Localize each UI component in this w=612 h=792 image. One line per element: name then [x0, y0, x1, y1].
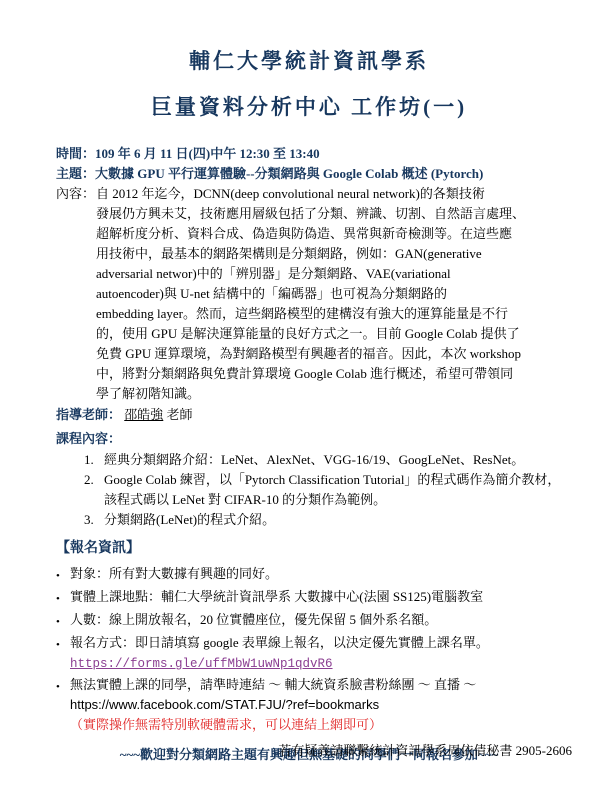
content-line: adversarial networ)中的「辨別器」是分類網路、VAE(vari… — [96, 264, 562, 284]
course-content-header: 課程內容： — [56, 429, 562, 449]
bullet-icon: • — [56, 610, 70, 632]
topic-label: 主題： — [56, 164, 95, 184]
registration-list: • 對象：所有對大數據有興趣的同好。 • 實體上課地點：輔仁大學統計資訊學系 大… — [56, 564, 562, 735]
registration-capacity: 人數：線上開放報名，20 位實體座位，優先保留 5 個外系名額。 — [70, 610, 562, 632]
content-line: autoencoder)與 U-net 結構中的「編碼器」也可視為分類網路的 — [96, 284, 562, 304]
list-item: • 人數：線上開放報名，20 位實體座位，優先保留 5 個外系名額。 — [56, 610, 562, 632]
course-list: 1. 經典分類網路介紹：LeNet、AlexNet、VGG-16/19、Goog… — [56, 450, 562, 530]
content-line: 免費 GPU 運算環境，為對網路模型有興趣者的福音。因此，本次 workshop — [96, 344, 562, 364]
time-line: 時間： 109 年 6 月 11 日(四)中午 12:30 至 13:40 — [56, 144, 562, 164]
no-requirements-note: （實際操作無需特別軟硬體需求，可以連結上網即可） — [70, 717, 382, 732]
contact-info: 若有疑義請聯繫統計資訊學系周依倩秘書 2905-2606 — [278, 740, 572, 759]
content-line: 超解析度分析、資料合成、偽造與防偽造、異常與新奇檢測等。在這些應 — [96, 224, 562, 244]
course-item: 2. Google Colab 練習，以「Pytorch Classificat… — [56, 470, 562, 510]
time-value: 109 年 6 月 11 日(四)中午 12:30 至 13:40 — [95, 144, 320, 164]
course-item: 1. 經典分類網路介紹：LeNet、AlexNet、VGG-16/19、Goog… — [56, 450, 562, 470]
course-item-text: 經典分類網路介紹：LeNet、AlexNet、VGG-16/19、GoogLeN… — [104, 450, 562, 470]
list-item: • 報名方式：即日請填寫 google 表單線上報名，以決定優先實體上課名單。 … — [56, 633, 562, 674]
registration-method: 報名方式：即日請填寫 google 表單線上報名，以決定優先實體上課名單。 ht… — [70, 633, 562, 674]
registration-audience: 對象：所有對大數據有興趣的同好。 — [70, 564, 562, 586]
content-line: 發展仍方興未艾，技術應用層級包括了分類、辨識、切割、自然語言處理、 — [96, 204, 562, 224]
livestream-text: 無法實體上課的同學，請準時連結 ～ 輔大統資系臉書粉絲團 ～ 直播 ～ — [70, 677, 476, 692]
content-line: 自 2012 年迄今，DCNN(deep convolutional neura… — [96, 184, 562, 204]
time-label: 時間： — [56, 144, 95, 164]
content-line: 用技術中，最基本的網路架構則是分類網路，例如：GAN(generative — [96, 244, 562, 264]
meta-block: 時間： 109 年 6 月 11 日(四)中午 12:30 至 13:40 主題… — [56, 144, 562, 425]
topic-line: 主題： 大數據 GPU 平行運算體驗--分類網路與 Google Colab 概… — [56, 164, 562, 184]
instructor-name: 邵皓強 — [124, 407, 163, 422]
course-item-number: 3. — [84, 510, 104, 530]
instructor-suffix: 老師 — [167, 407, 193, 422]
content-line: embedding layer。然而，這些網路模型的建構沒有強大的運算能量是不行 — [96, 304, 562, 324]
bullet-icon: • — [56, 633, 70, 674]
content-line: 中，將對分類網路與免費計算環境 Google Colab 進行概述，希望可帶領同 — [96, 364, 562, 384]
workshop-title: 巨量資料分析中心 工作坊(一) — [56, 92, 562, 122]
signup-form-link[interactable]: https://forms.gle/uffMbW1uwNp1qdvR6 — [70, 654, 333, 674]
registration-header: 【報名資訊】 — [56, 538, 562, 560]
flyer-page: 輔仁大學統計資訊學系 巨量資料分析中心 工作坊(一) 時間： 109 年 6 月… — [0, 0, 612, 792]
instructor-line: 指導老師： 邵皓強 老師 — [56, 405, 562, 425]
registration-location: 實體上課地點：輔仁大學統計資訊學系 大數據中心(法園 SS125)電腦教室 — [70, 587, 562, 609]
content-line: 的，使用 GPU 是解決運算能量的良好方式之一。目前 Google Colab … — [96, 324, 562, 344]
department-title: 輔仁大學統計資訊學系 — [56, 46, 562, 76]
content-line: 學了解初階知識。 — [96, 384, 562, 404]
bullet-icon: • — [56, 587, 70, 609]
registration-method-text: 報名方式：即日請填寫 google 表單線上報名，以決定優先實體上課名單。 — [70, 635, 489, 650]
course-item-number: 1. — [84, 450, 104, 470]
topic-value: 大數據 GPU 平行運算體驗--分類網路與 Google Colab 概述 (P… — [95, 164, 483, 184]
bullet-icon: • — [56, 675, 70, 735]
course-item-text: 分類網路(LeNet)的程式介紹。 — [104, 510, 562, 530]
content-section: 內容： 自 2012 年迄今，DCNN(deep convolutional n… — [56, 184, 562, 404]
instructor-label: 指導老師： — [56, 407, 121, 422]
list-item: • 對象：所有對大數據有興趣的同好。 — [56, 564, 562, 586]
registration-livestream: 無法實體上課的同學，請準時連結 ～ 輔大統資系臉書粉絲團 ～ 直播 ～ http… — [70, 675, 562, 735]
facebook-link[interactable]: https://www.facebook.com/STAT.FJU/?ref=b… — [70, 695, 562, 715]
content-label: 內容： — [56, 184, 96, 404]
content-paragraph: 自 2012 年迄今，DCNN(deep convolutional neura… — [96, 184, 562, 404]
list-item: • 無法實體上課的同學，請準時連結 ～ 輔大統資系臉書粉絲團 ～ 直播 ～ ht… — [56, 675, 562, 735]
list-item: • 實體上課地點：輔仁大學統計資訊學系 大數據中心(法園 SS125)電腦教室 — [56, 587, 562, 609]
course-item-text: Google Colab 練習，以「Pytorch Classification… — [104, 470, 562, 510]
bullet-icon: • — [56, 564, 70, 586]
course-item-number: 2. — [84, 470, 104, 510]
course-item: 3. 分類網路(LeNet)的程式介紹。 — [56, 510, 562, 530]
